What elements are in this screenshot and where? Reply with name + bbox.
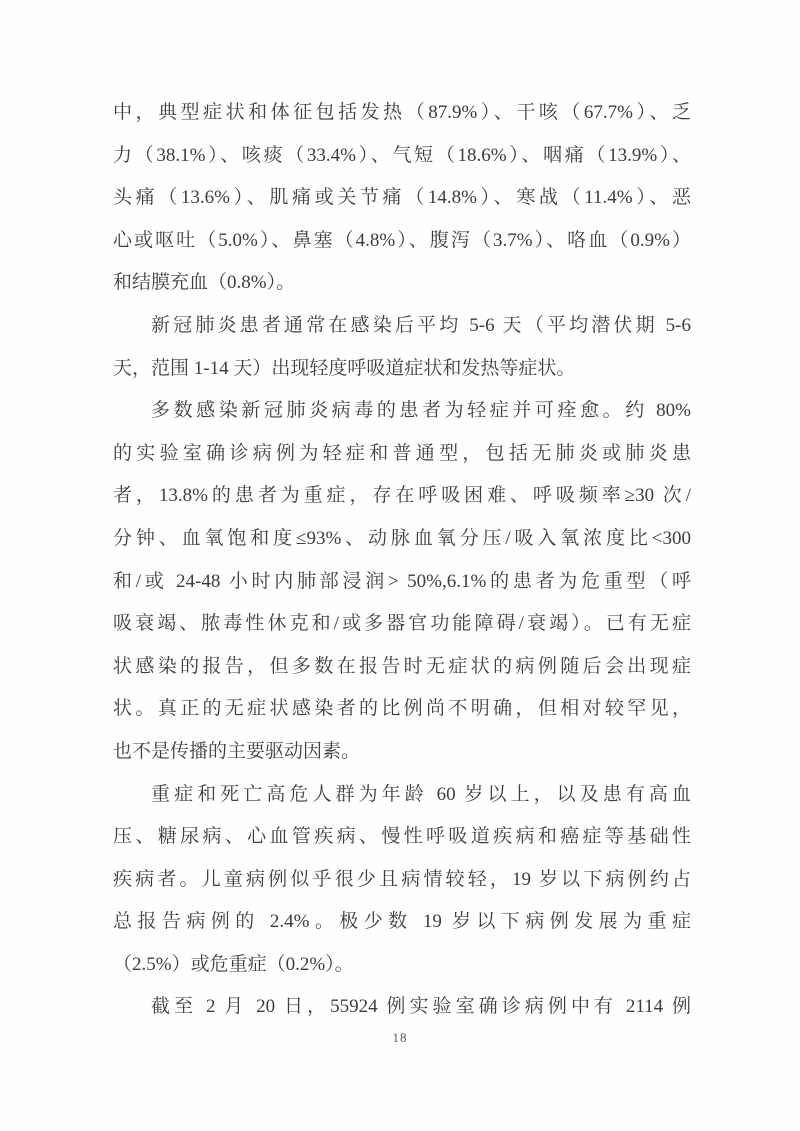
text-line: 心或呕吐（5.0%）、鼻塞（4.8%）、腹泻（3.7%）、咯血（0.9%） (113, 220, 691, 263)
document-body: 中，典型症状和体征包括发热（87.9%）、干咳（67.7%）、乏力（38.1%）… (113, 92, 691, 1029)
text-line: 天，范围 1-14 天）出现轻度呼吸道症状和发热等症状。 (113, 348, 691, 391)
text-line: 重症和死亡高危人群为年龄 60 岁以上，以及患有高血 (113, 774, 691, 817)
text-line: 新冠肺炎患者通常在感染后平均 5-6 天（平均潜伏期 5-6 (113, 305, 691, 348)
text-line: 多数感染新冠肺炎病毒的患者为轻症并可痊愈。约 80% (113, 390, 691, 433)
text-line: 头痛（13.6%）、肌痛或关节痛（14.8%）、寒战（11.4%）、恶 (113, 177, 691, 220)
text-line: 吸衰竭、脓毒性休克和/或多器官功能障碍/衰竭）。已有无症 (113, 603, 691, 646)
text-line: 总报告病例的 2.4%。极少数 19 岁以下病例发展为重症 (113, 901, 691, 944)
text-line: 压、糖尿病、心血管疾病、慢性呼吸道疾病和癌症等基础性 (113, 816, 691, 859)
text-line: （2.5%）或危重症（0.2%）。 (113, 944, 691, 987)
text-line: 和/或 24-48 小时内肺部浸润> 50%,6.1%的患者为危重型（呼 (113, 561, 691, 604)
text-line: 分钟、血氧饱和度≤93%、动脉血氧分压/吸入氧浓度比<300 (113, 518, 691, 561)
text-line: 的实验室确诊病例为轻症和普通型，包括无肺炎或肺炎患 (113, 433, 691, 476)
text-line: 疾病者。儿童病例似乎很少且病情较轻，19 岁以下病例约占 (113, 859, 691, 902)
text-line: 力（38.1%）、咳痰（33.4%）、气短（18.6%）、咽痛（13.9%）、 (113, 135, 691, 178)
document-page: 中，典型症状和体征包括发热（87.9%）、干咳（67.7%）、乏力（38.1%）… (0, 0, 800, 1131)
text-line: 也不是传播的主要驱动因素。 (113, 731, 691, 774)
text-line: 和结膜充血（0.8%）。 (113, 262, 691, 305)
text-line: 状。真正的无症状感染者的比例尚不明确，但相对较罕见， (113, 688, 691, 731)
text-line: 者，13.8%的患者为重症，存在呼吸困难、呼吸频率≥30 次/ (113, 475, 691, 518)
text-line: 中，典型症状和体征包括发热（87.9%）、干咳（67.7%）、乏 (113, 92, 691, 135)
text-line: 截至 2 月 20 日，55924 例实验室确诊病例中有 2114 例 (113, 986, 691, 1029)
text-line: 状感染的报告，但多数在报告时无症状的病例随后会出现症 (113, 646, 691, 689)
page-number: 18 (0, 1030, 800, 1046)
